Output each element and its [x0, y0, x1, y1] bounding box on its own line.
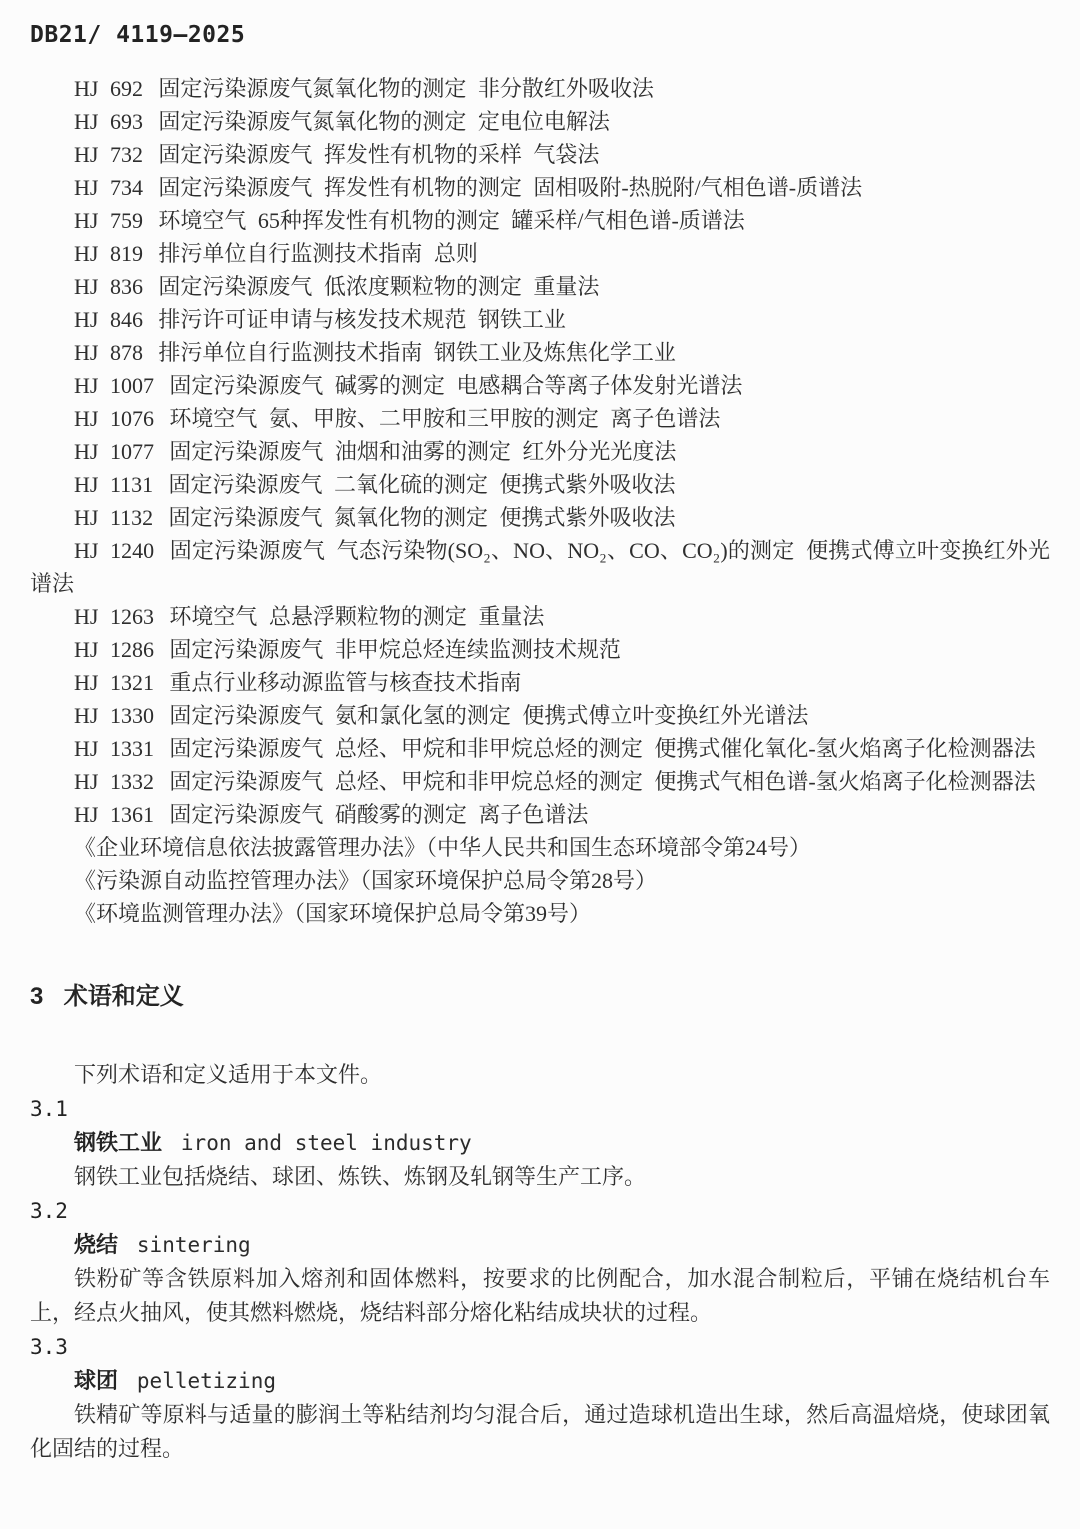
terms-list: 3.1 钢铁工业iron and steel industry 钢铁工业包括烧结… — [30, 1092, 1050, 1466]
standard-code: HJ 1361 — [74, 802, 154, 827]
section-title: 术语和定义 — [64, 983, 184, 1010]
standard-code: HJ 1240 — [74, 538, 154, 563]
standard-reference: HJ 1321重点行业移动源监管与核查技术指南 — [30, 666, 1050, 699]
standard-reference: HJ 1077固定污染源废气 油烟和油雾的测定 红外分光光度法 — [30, 435, 1050, 468]
standard-title: 固定污染源废气 低浓度颗粒物的测定 重量法 — [158, 274, 599, 299]
standard-reference: HJ 1331固定污染源废气 总烃、甲烷和非甲烷总烃的测定 便携式催化氧化-氢火… — [30, 732, 1050, 765]
standard-code: HJ 1321 — [74, 670, 154, 695]
standard-code: HJ 692 — [74, 76, 143, 101]
term-english: pelletizing — [137, 1369, 276, 1393]
regulation-reference: 《环境监测管理办法》（国家环境保护总局令第39号） — [30, 897, 1050, 930]
standard-number-header: DB21/ 4119—2025 — [30, 20, 1050, 50]
term-definition: 钢铁工业包括烧结、球团、炼铁、炼钢及轧钢等生产工序。 — [30, 1160, 1050, 1194]
standard-code: HJ 759 — [74, 208, 143, 233]
standard-reference: HJ 734固定污染源废气 挥发性有机物的测定 固相吸附-热脱附/气相色谱-质谱… — [30, 171, 1050, 204]
standard-title: 环境空气 氨、甲胺、二甲胺和三甲胺的测定 离子色谱法 — [169, 406, 720, 431]
regulation-reference: 《企业环境信息依法披露管理办法》（中华人民共和国生态环境部令第24号） — [30, 831, 1050, 864]
standard-title: 固定污染源废气 碱雾的测定 电感耦合等离子体发射光谱法 — [169, 373, 742, 398]
standard-reference: HJ 1007固定污染源废气 碱雾的测定 电感耦合等离子体发射光谱法 — [30, 369, 1050, 402]
standard-reference: HJ 819排污单位自行监测技术指南 总则 — [30, 237, 1050, 270]
standard-reference: HJ 693固定污染源废气氮氧化物的测定 定电位电解法 — [30, 105, 1050, 138]
term-english: sintering — [137, 1233, 251, 1257]
standard-title: 固定污染源废气 油烟和油雾的测定 红外分光光度法 — [169, 439, 676, 464]
regulations-list: 《企业环境信息依法披露管理办法》（中华人民共和国生态环境部令第24号） 《污染源… — [30, 831, 1050, 930]
term-heading: 钢铁工业iron and steel industry — [30, 1126, 1050, 1160]
standard-reference: HJ 1263环境空气 总悬浮颗粒物的测定 重量法 — [30, 600, 1050, 633]
standard-code: HJ 836 — [74, 274, 143, 299]
standard-code: HJ 1077 — [74, 439, 154, 464]
standard-code: HJ 693 — [74, 109, 143, 134]
term-chinese: 球团 — [74, 1368, 118, 1393]
standard-reference: HJ 1240固定污染源废气 气态污染物(SO₂、NO、NO₂、CO、CO₂)的… — [30, 534, 1050, 600]
standard-reference: HJ 846排污许可证申请与核发技术规范 钢铁工业 — [30, 303, 1050, 336]
term-block: 3.3 球团pelletizing 铁精矿等原料与适量的膨润土等粘结剂均匀混合后… — [30, 1330, 1050, 1466]
standard-title: 排污单位自行监测技术指南 钢铁工业及炼焦化学工业 — [158, 340, 676, 365]
standard-code: HJ 1132 — [74, 505, 153, 530]
standard-title: 固定污染源废气 氮氧化物的测定 便携式紫外吸收法 — [169, 505, 676, 530]
standard-reference: HJ 1131固定污染源废气 二氧化硫的测定 便携式紫外吸收法 — [30, 468, 1050, 501]
standard-reference: HJ 692固定污染源废气氮氧化物的测定 非分散红外吸收法 — [30, 72, 1050, 105]
standard-title: 固定污染源废气 总烃、甲烷和非甲烷总烃的测定 便携式气相色谱-氢火焰离子化检测器… — [169, 769, 1035, 794]
standard-code: HJ 878 — [74, 340, 143, 365]
term-definition: 铁粉矿等含铁原料加入熔剂和固体燃料，按要求的比例配合，加水混合制粒后，平铺在烧结… — [30, 1262, 1050, 1330]
standard-code: HJ 1076 — [74, 406, 154, 431]
standard-code: HJ 819 — [74, 241, 143, 266]
referenced-standards-list: HJ 692固定污染源废气氮氧化物的测定 非分散红外吸收法 HJ 693固定污染… — [30, 72, 1050, 831]
standard-code: HJ 846 — [74, 307, 143, 332]
term-chinese: 钢铁工业 — [74, 1130, 162, 1155]
section-heading: 3术语和定义 — [30, 982, 1050, 1012]
standard-reference: HJ 836固定污染源废气 低浓度颗粒物的测定 重量法 — [30, 270, 1050, 303]
standard-title: 固定污染源废气 氨和氯化氢的测定 便携式傅立叶变换红外光谱法 — [169, 703, 808, 728]
section-number: 3 — [30, 983, 43, 1010]
regulation-reference: 《污染源自动监控管理办法》（国家环境保护总局令第28号） — [30, 864, 1050, 897]
term-number: 3.1 — [30, 1092, 1050, 1126]
term-english: iron and steel industry — [181, 1131, 472, 1155]
term-number: 3.2 — [30, 1194, 1050, 1228]
section-intro: 下列术语和定义适用于本文件。 — [30, 1058, 1050, 1092]
term-block: 3.1 钢铁工业iron and steel industry 钢铁工业包括烧结… — [30, 1092, 1050, 1194]
standard-code: HJ 1007 — [74, 373, 154, 398]
standard-code: HJ 1131 — [74, 472, 153, 497]
standard-code: HJ 1331 — [74, 736, 154, 761]
standard-title: 固定污染源废气 气态污染物(SO₂、NO、NO₂、CO、CO₂)的测定 便携式傅… — [30, 538, 1050, 596]
standard-code: HJ 1286 — [74, 637, 154, 662]
term-heading: 烧结sintering — [30, 1228, 1050, 1262]
standard-title: 环境空气 总悬浮颗粒物的测定 重量法 — [169, 604, 544, 629]
standard-title: 固定污染源废气 二氧化硫的测定 便携式紫外吸收法 — [169, 472, 676, 497]
standard-code: HJ 732 — [74, 142, 143, 167]
term-heading: 球团pelletizing — [30, 1364, 1050, 1398]
standard-title: 环境空气 65种挥发性有机物的测定 罐采样/气相色谱-质谱法 — [158, 208, 744, 233]
standard-reference: HJ 1361固定污染源废气 硝酸雾的测定 离子色谱法 — [30, 798, 1050, 831]
standard-code: HJ 1330 — [74, 703, 154, 728]
standard-code: HJ 1263 — [74, 604, 154, 629]
standard-code: HJ 1332 — [74, 769, 154, 794]
standard-title: 排污单位自行监测技术指南 总则 — [158, 241, 478, 266]
standard-reference: HJ 732固定污染源废气 挥发性有机物的采样 气袋法 — [30, 138, 1050, 171]
standard-code: HJ 734 — [74, 175, 143, 200]
standard-title: 固定污染源废气 挥发性有机物的采样 气袋法 — [158, 142, 599, 167]
standard-title: 固定污染源废气氮氧化物的测定 定电位电解法 — [158, 109, 610, 134]
standard-reference: HJ 1330固定污染源废气 氨和氯化氢的测定 便携式傅立叶变换红外光谱法 — [30, 699, 1050, 732]
standard-title: 固定污染源废气 硝酸雾的测定 离子色谱法 — [169, 802, 588, 827]
standard-title: 固定污染源废气氮氧化物的测定 非分散红外吸收法 — [158, 76, 654, 101]
term-chinese: 烧结 — [74, 1232, 118, 1257]
term-block: 3.2 烧结sintering 铁粉矿等含铁原料加入熔剂和固体燃料，按要求的比例… — [30, 1194, 1050, 1330]
term-number: 3.3 — [30, 1330, 1050, 1364]
standard-reference: HJ 878排污单位自行监测技术指南 钢铁工业及炼焦化学工业 — [30, 336, 1050, 369]
standard-title: 固定污染源废气 挥发性有机物的测定 固相吸附-热脱附/气相色谱-质谱法 — [158, 175, 862, 200]
term-definition: 铁精矿等原料与适量的膨润土等粘结剂均匀混合后，通过造球机造出生球，然后高温焙烧，… — [30, 1398, 1050, 1466]
standard-reference: HJ 1132固定污染源废气 氮氧化物的测定 便携式紫外吸收法 — [30, 501, 1050, 534]
standard-reference: HJ 1076环境空气 氨、甲胺、二甲胺和三甲胺的测定 离子色谱法 — [30, 402, 1050, 435]
standard-title: 固定污染源废气 非甲烷总烃连续监测技术规范 — [169, 637, 621, 662]
standard-reference: HJ 1332固定污染源废气 总烃、甲烷和非甲烷总烃的测定 便携式气相色谱-氢火… — [30, 765, 1050, 798]
document-page: DB21/ 4119—2025 HJ 692固定污染源废气氮氧化物的测定 非分散… — [0, 0, 1080, 1529]
standard-title: 排污许可证申请与核发技术规范 钢铁工业 — [158, 307, 566, 332]
standard-title: 固定污染源废气 总烃、甲烷和非甲烷总烃的测定 便携式催化氧化-氢火焰离子化检测器… — [169, 736, 1035, 761]
standard-title: 重点行业移动源监管与核查技术指南 — [169, 670, 521, 695]
standard-reference: HJ 1286固定污染源废气 非甲烷总烃连续监测技术规范 — [30, 633, 1050, 666]
standard-reference: HJ 759环境空气 65种挥发性有机物的测定 罐采样/气相色谱-质谱法 — [30, 204, 1050, 237]
